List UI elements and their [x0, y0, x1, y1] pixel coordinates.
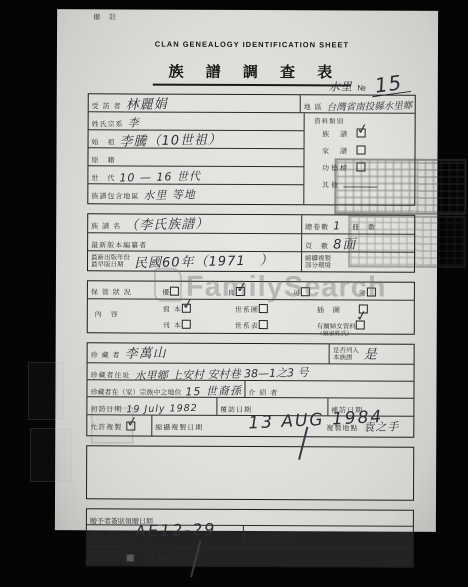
pubdate-value: 民國60年（1971 ）	[134, 254, 274, 270]
pedigree-chart-checkbox[interactable]	[259, 304, 268, 313]
cond-poor-checkbox[interactable]	[367, 288, 376, 297]
women-label: 有關婦女資料	[317, 323, 356, 330]
first-visit-value: 19 July 1982	[127, 404, 199, 415]
category-gongde-label: 功德榜	[322, 165, 349, 172]
cond-excellent[interactable]: 優	[162, 290, 179, 297]
surname-label: 姓氏宗系	[92, 121, 124, 128]
first-visit-field[interactable]: 初訪日期 19 July 1982	[87, 397, 217, 415]
holder-label: 珍 藏 者	[91, 352, 121, 359]
volumes-value: 1	[333, 220, 341, 231]
permission-label: 允許複製	[90, 424, 122, 431]
pedigree-table-checkbox[interactable]	[259, 320, 268, 329]
area-value: 台灣省南投縣水里鄉	[327, 102, 413, 113]
numero-symbol: №	[357, 83, 366, 92]
copy-date-field[interactable]: 縮攝複製日期 13 AUG 1984	[152, 416, 287, 437]
interviewee-field[interactable]: 受 訪 者 林麗娟	[89, 94, 301, 112]
section-admin: 贈予者簽狀領贈日期 攝影者編號 AE12-29 家譜學會編號 要求送本	[86, 508, 414, 567]
pedigree-table-item[interactable]: 世系表	[235, 320, 317, 331]
title-label: 族 譜 名	[91, 223, 121, 230]
first-visit-label: 初訪日期	[90, 406, 122, 413]
pedigree-chart-label: 世系圖	[235, 307, 259, 314]
cond-good-label: 良	[228, 290, 236, 297]
introducer-label: 介 紹 者	[248, 390, 278, 397]
position-value: 15 世裔孫	[186, 385, 243, 397]
request-copy-checkbox[interactable]	[126, 553, 135, 562]
position-label: 珍藏者在（家）宗族中之地位	[90, 389, 181, 396]
pages-field[interactable]: 頁 數 8面	[302, 234, 414, 251]
first-ancestor-value: 李騰（10世祖）	[120, 134, 223, 149]
micro-field[interactable]: 縮攝複製 部分環境	[302, 252, 414, 271]
cond-excellent-checkbox[interactable]	[170, 287, 179, 296]
category-other-label: 其他	[322, 182, 340, 189]
manuscript-checkbox[interactable]	[182, 304, 191, 313]
cond-excellent-label: 優	[162, 290, 170, 297]
coverage-field[interactable]: 族譜包含地區 水里 等地	[88, 184, 303, 204]
category-zupu[interactable]: 族 譜	[322, 128, 411, 139]
compiler-label: 最新版本編纂者	[91, 242, 147, 249]
category-box: 資料類別 族 譜 家 譜 功德榜	[304, 113, 415, 204]
other-blank-line	[344, 179, 378, 187]
pages-label: 頁 數	[305, 243, 329, 250]
section-basic-info: 受 訪 者 林麗娟 地 區 台灣省南投縣水里鄉 姓氏宗系 李 始 祖 李騰（1	[87, 93, 415, 205]
permission-checkbox[interactable]	[127, 421, 136, 430]
permission-field[interactable]: 允許複製	[87, 415, 152, 435]
photographer-label: 攝影者編號	[90, 534, 130, 541]
interviewee-value: 林麗娟	[126, 98, 168, 112]
society-label: 家譜學會編號	[247, 535, 295, 542]
page-title-chinese: 族 譜 調 查 表	[152, 61, 351, 87]
content-label: 內 容	[95, 311, 119, 318]
condition-label: 保 管 狀 況	[91, 289, 132, 296]
printed-label: 刊 本	[163, 323, 182, 330]
pedigree-table-label: 世系表	[235, 323, 259, 330]
generations-value: 10 — 16 世代	[120, 171, 202, 184]
cond-good-checkbox[interactable]	[236, 287, 245, 296]
zupu-checkbox[interactable]	[357, 128, 366, 137]
women-sub-label: （娘家姓氏）	[317, 331, 353, 337]
listed-field[interactable]: 是否列入 本族譜 是	[330, 344, 414, 363]
volumes-label: 總卷數	[305, 224, 329, 231]
serial-number-value: 15	[369, 71, 411, 97]
women-checkbox[interactable]	[356, 320, 365, 329]
holder-value: 李萬山	[125, 347, 167, 361]
address-label: 珍藏者住址	[91, 372, 131, 379]
micro-label-bottom: 部分環境	[305, 262, 331, 269]
related-address-label: 有關地址	[156, 557, 188, 564]
cond-fair-checkbox[interactable]	[301, 287, 310, 296]
manuscript-label: 寫 本	[163, 307, 182, 314]
printed-item[interactable]: 刊 本	[163, 320, 235, 331]
surname-field[interactable]: 姓氏宗系 李	[89, 112, 304, 131]
area-field[interactable]: 地 區 台灣省南投縣水里鄉	[301, 95, 415, 112]
surname-value: 李	[128, 117, 140, 128]
scanned-form-paper: CLAN GENEALOGY IDENTIFICATION SHEET 族 譜 …	[55, 9, 438, 532]
cond-good[interactable]: 良	[228, 290, 245, 297]
books-label: 冊 數	[352, 224, 376, 231]
category-jiapu-label: 家 譜	[322, 148, 349, 155]
category-other[interactable]: 其他	[322, 179, 411, 190]
origin-label: 原 籍	[91, 157, 115, 164]
coverage-label: 族譜包含地區	[91, 193, 139, 200]
cond-poor-label: 劣	[359, 290, 367, 297]
holder-field[interactable]: 珍 藏 者 李萬山	[88, 343, 330, 363]
condition-field: 保 管 狀 況 優 良 可 劣	[88, 280, 414, 300]
interviewee-label: 受 訪 者	[92, 103, 122, 110]
request-copy-field[interactable]: 要求送本	[87, 547, 153, 565]
cond-poor[interactable]: 劣	[359, 290, 376, 297]
address-field[interactable]: 珍藏者住址 水里鄉 上安村 安村巷 38—1之3 号	[88, 363, 414, 380]
section-condition-content: 保 管 狀 況 優 良 可 劣 內 容	[87, 280, 415, 334]
section-remarks[interactable]: 備 註	[86, 445, 414, 500]
photographer-field[interactable]: 攝影者編號 AE12-29	[87, 525, 244, 547]
area-label: 地 區	[304, 104, 323, 111]
position-field[interactable]: 珍藏者在（家）宗族中之地位 15 世裔孫	[87, 380, 245, 397]
compiler-field[interactable]: 最新版本編纂者	[88, 233, 302, 251]
illustration-label: 插 圖	[317, 307, 341, 314]
serial-place: 水里	[329, 81, 353, 93]
manuscript-item[interactable]: 寫 本	[163, 304, 235, 315]
listed-value: 是	[363, 348, 377, 361]
category-gongde[interactable]: 功德榜	[322, 162, 411, 173]
cond-fair-label: 可	[293, 290, 301, 297]
jiapu-checkbox[interactable]	[357, 145, 366, 154]
pubdate-label-bottom: 最早版日期	[91, 261, 124, 268]
introducer-field[interactable]: 介 紹 者	[245, 381, 413, 398]
pages-value: 8面	[333, 238, 357, 252]
society-field[interactable]: 家譜學會編號	[244, 526, 413, 548]
remarks-label: 備 註	[93, 12, 117, 22]
photographer-value: AE12-29	[135, 521, 217, 539]
section-holder-info: 珍 藏 者 李萬山 是否列入 本族譜 是 珍藏者住址 水里鄉 上安村 安村巷 3…	[86, 342, 414, 437]
first-ancestor-label: 始 祖	[92, 139, 116, 146]
section-publication-info: 族 譜 名 （李氏族譜） 總卷數 1 冊 數 最新版本編纂者 頁 數 8面	[87, 213, 415, 272]
cond-fair[interactable]: 可	[293, 290, 310, 297]
serial-number: 水里 № 15	[329, 73, 410, 95]
category-zupu-label: 族 譜	[322, 131, 349, 138]
category-jiapu[interactable]: 家 譜	[322, 145, 411, 156]
title-value: （李氏族譜）	[125, 218, 209, 233]
pubdate-field[interactable]: 最新出版年份 最早版日期 民國60年（1971 ）	[88, 251, 302, 271]
women-data-item[interactable]: 有關婦女資料 （娘家姓氏）	[317, 320, 412, 338]
gongde-checkbox[interactable]	[357, 162, 366, 171]
origin-field[interactable]: 原 籍	[88, 148, 303, 167]
printed-checkbox[interactable]	[182, 320, 191, 329]
volumes-field[interactable]: 總卷數 1 冊 數	[302, 215, 414, 233]
content-field: 內 容 寫 本 刊 本 世系圖 世系表 插 圖	[88, 299, 414, 333]
request-copy-label: 要求送本	[90, 556, 122, 563]
page-title-english: CLAN GENEALOGY IDENTIFICATION SHEET	[88, 39, 416, 49]
generations-label: 世 代	[91, 175, 115, 182]
related-address-field[interactable]: 有關地址	[153, 548, 413, 567]
coverage-value: 水里 等地	[144, 189, 197, 201]
copy-date-label: 縮攝複製日期	[155, 425, 203, 432]
title-field[interactable]: 族 譜 名 （李氏族譜）	[88, 214, 302, 233]
generations-field[interactable]: 世 代 10 — 16 世代	[88, 166, 303, 185]
listed-label-bottom: 本族譜	[333, 354, 353, 361]
pedigree-chart-item[interactable]: 世系圖	[235, 304, 317, 315]
address-value: 水里鄉 上安村 安村巷 38—1之3 号	[135, 367, 309, 382]
first-ancestor-field[interactable]: 始 祖 李騰（10世祖）	[89, 130, 304, 149]
